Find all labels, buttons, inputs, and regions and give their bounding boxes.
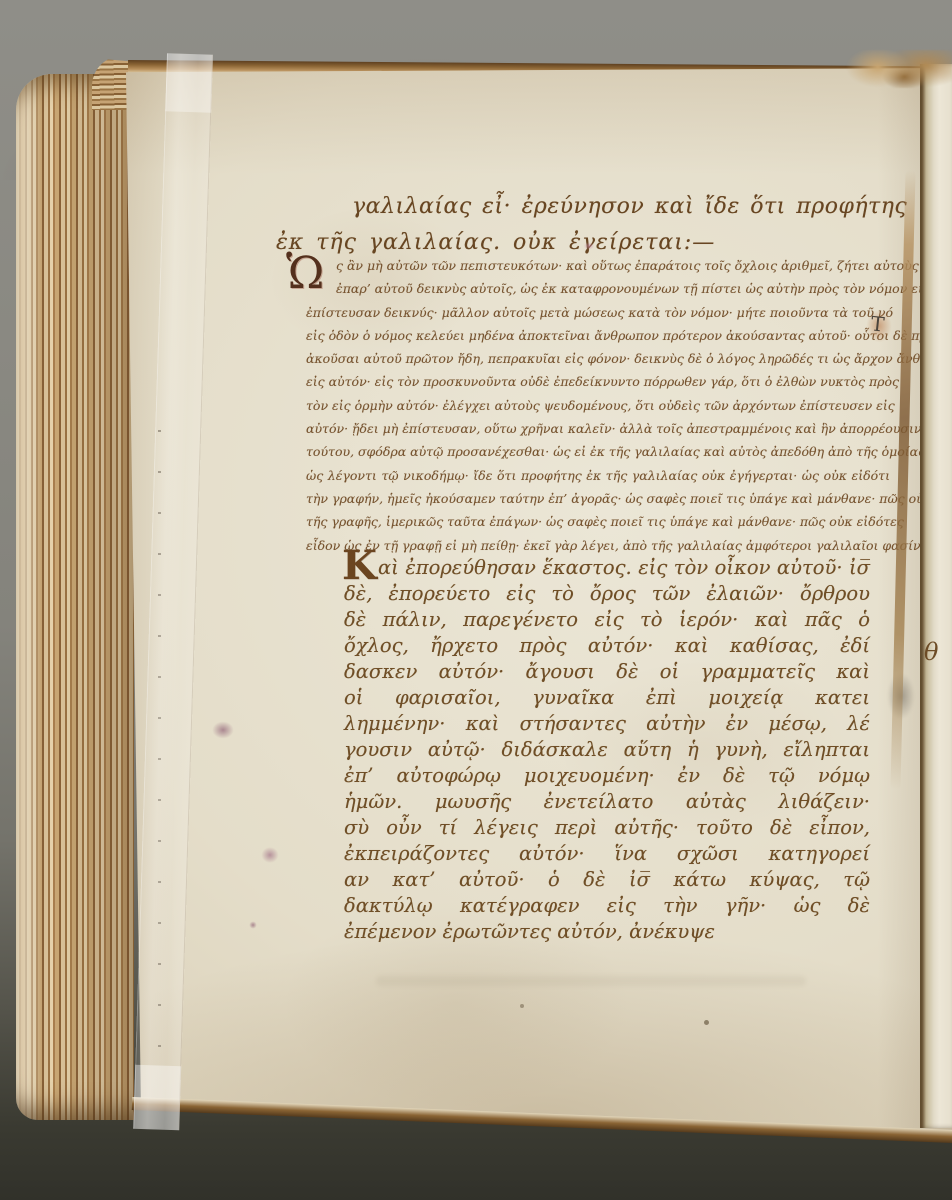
text-line: δὲ πάλιν, παρεγένετο εἰς τὸ ἱερόν· καὶ π…	[344, 608, 870, 634]
text-line: ἀκοῦσαι αὐτοῦ πρῶτον ἤδη, πεπρακυῖαι εἰς…	[306, 351, 890, 374]
text-line: ὄχλος, ἤρχετο πρὸς αὐτόν· καὶ καθίσας, ἐ…	[344, 634, 870, 660]
text-line: ἐπίστευσαν δεικνύς· μᾶλλον αὐτοῖς μετὰ μ…	[306, 305, 890, 328]
text-line: ἐκπειράζοντες αὐτόν· ἵνα σχῶσι κατηγορεί	[344, 842, 870, 868]
ink-stain	[258, 844, 282, 866]
text-line: γουσιν αὐτῷ· διδάσκαλε αὕτη ἡ γυνὴ, εἴλη…	[344, 738, 870, 764]
text-line: ἐπέμενον ἐρωτῶντες αὐτόν, ἀνέκυψε	[344, 920, 870, 946]
text-line: ἐπαρ’ αὐτοῦ δεικνὺς αὐτοῖς, ὡς ἐκ καταφρ…	[336, 281, 890, 304]
text-line: αὐτόν· ᾔδει μὴ ἐπίστευσαν, οὕτω χρῆναι κ…	[306, 421, 890, 444]
text-line: αὶ ἐπορεύθησαν ἕκαστος. εἰς τὸν οἶκον αὐ…	[378, 556, 870, 582]
speck	[520, 1004, 524, 1008]
text-line: δὲ, ἐπορεύετο εἰς τὸ ὄρος τῶν ἐλαιῶν· ὄρ…	[344, 582, 870, 608]
text-line: αν κατ’ αὐτοῦ· ὁ δὲ ἰσ̅ κάτω κύψας, τῷ	[344, 868, 870, 894]
text-line: οἱ φαρισαῖοι, γυναῖκα ἐπὶ μοιχείᾳ κατει	[344, 686, 870, 712]
ink-stain	[248, 920, 258, 930]
gospel-text-block: αὶ ἐπορεύθησαν ἕκαστος. εἰς τὸν οἶκον αὐ…	[344, 556, 870, 946]
commentary-block: ς ἂν μὴ αὐτῶν τῶν πεπιστευκότων· καὶ οὕτ…	[306, 258, 890, 561]
manuscript-photo: γαλιλαίας εἶ· ἐρεύνησον καὶ ἴδε ὅτι προφ…	[0, 0, 952, 1200]
facing-page-sliver: θ	[920, 64, 952, 1128]
text-line: δακτύλῳ κατέγραφεν εἰς τὴν γῆν· ὡς δὲ	[344, 894, 870, 920]
header-line-1: γαλιλαίας εἶ· ἐρεύνησον καὶ ἴδε ὅτι προφ…	[352, 194, 850, 219]
ink-stain	[582, 241, 596, 251]
speck	[704, 1020, 709, 1025]
text-line: σὺ οὖν τί λέγεις περὶ αὐτῆς· τοῦτο δὲ εἶ…	[344, 816, 870, 842]
text-line: τὴν γραφήν, ἡμεῖς ἠκούσαμεν ταύτην ἐπ’ ἀ…	[306, 491, 890, 514]
margin-obelus-mark: Τ	[862, 304, 896, 348]
frayed-corner	[846, 50, 952, 88]
parchment-page: γαλιλαίας εἶ· ἐρεύνησον καὶ ἴδε ὅτι προφ…	[126, 68, 952, 1132]
text-line: ς ἂν μὴ αὐτῶν τῶν πεπιστευκότων· καὶ οὕτ…	[336, 258, 890, 281]
text-line: δασκεν αὐτόν· ἄγουσι δὲ οἱ γραμματεῖς κα…	[344, 660, 870, 686]
text-line: ἐπ’ αὐτοφώρῳ μοιχευομένη· ἐν δὲ τῷ νόμῳ	[344, 764, 870, 790]
text-line: εἰς ὁδὸν ὁ νόμος κελεύει μηδένα ἀποκτεῖν…	[306, 328, 890, 351]
text-line: ἡμῶν. μωυσῆς ἐνετείλατο αὐτὰς λιθάζειν·	[344, 790, 870, 816]
ink-stain	[208, 718, 238, 742]
text-line: τούτου, σφόδρα αὐτῷ προσανέχεσθαι· ὡς εἰ…	[306, 444, 890, 467]
text-line: τῆς γραφῆς, ἱμερικῶς ταῦτα ἐπάγων· ὡς σα…	[306, 514, 890, 537]
text-line: τὸν εἰς ὁρμὴν αὐτόν· ἐλέγχει αὐτοὺς ψευδ…	[306, 398, 890, 421]
text-line: ὡς λέγοντι τῷ νικοδήμῳ· ἴδε ὅτι προφήτης…	[306, 468, 890, 491]
margin-mark-glyph: Τ	[870, 311, 886, 336]
page-stack-fore-edge	[16, 74, 134, 1120]
facing-page-marginal-letter: θ	[924, 638, 938, 666]
text-line: εἰς αὐτόν· εἰς τὸν προσκυνοῦντα οὐδὲ ἐπε…	[306, 374, 890, 397]
text-line: λημμένην· καὶ στήσαντες αὐτὴν ἐν μέσῳ, λ…	[344, 712, 870, 738]
ink-bleed-through	[376, 976, 806, 986]
